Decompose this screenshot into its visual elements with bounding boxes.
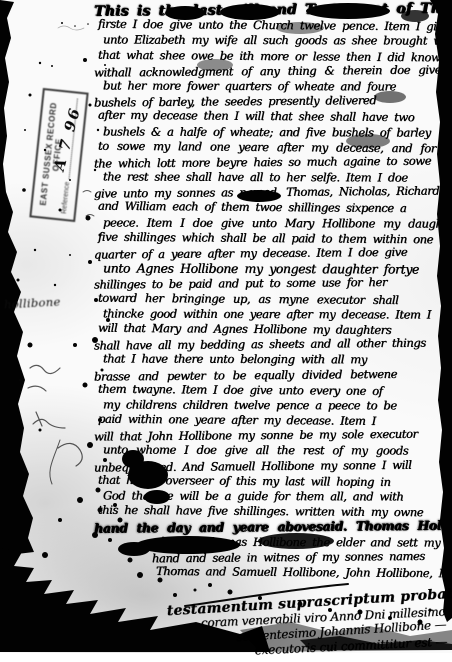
- manuscript-line: that I have there unto belonging with al…: [103, 352, 451, 368]
- manuscript-line: toward her bringinge up, as myne executo…: [98, 290, 446, 308]
- probate-clause-block: testamentum suprascriptum probatum fuit …: [166, 588, 447, 662]
- margin-note-hollibone: hollibone: [4, 295, 61, 312]
- manuscript-line: Thomas and Samuell Hollibone, John Holli…: [156, 564, 446, 581]
- manuscript-line: hand the day and yeare abovesaid. Thomas…: [94, 518, 442, 536]
- manuscript-line: unto whome I doe give all the rest of my…: [103, 443, 451, 459]
- manuscript-line: unto Elizabeth my wife all such goods as…: [103, 33, 451, 49]
- manuscript-line: peece. Item I doe give unto Mary Hollibo…: [103, 215, 451, 231]
- document-scan-page: This is the last will and Testament of T…: [0, 0, 452, 662]
- manuscript-line: them twayne. Item I doe give unto every …: [98, 381, 446, 399]
- manuscript-text-block: This is the last will and Testament of T…: [94, 3, 442, 580]
- manuscript-line: thincke good within one yeare after my d…: [103, 306, 451, 322]
- manuscript-line: and William each of them twoe shillinges…: [98, 199, 446, 217]
- left-edge-stain: [0, 0, 34, 556]
- manuscript-line: by me Thomas Hollibone the elder and set…: [161, 534, 451, 550]
- manuscript-line: bushels & a halfe of wheate; and five bu…: [103, 124, 451, 140]
- manuscript-line: after my decease then I will that shee s…: [98, 108, 446, 126]
- archive-stamp-reference-label: Reference: [61, 181, 71, 214]
